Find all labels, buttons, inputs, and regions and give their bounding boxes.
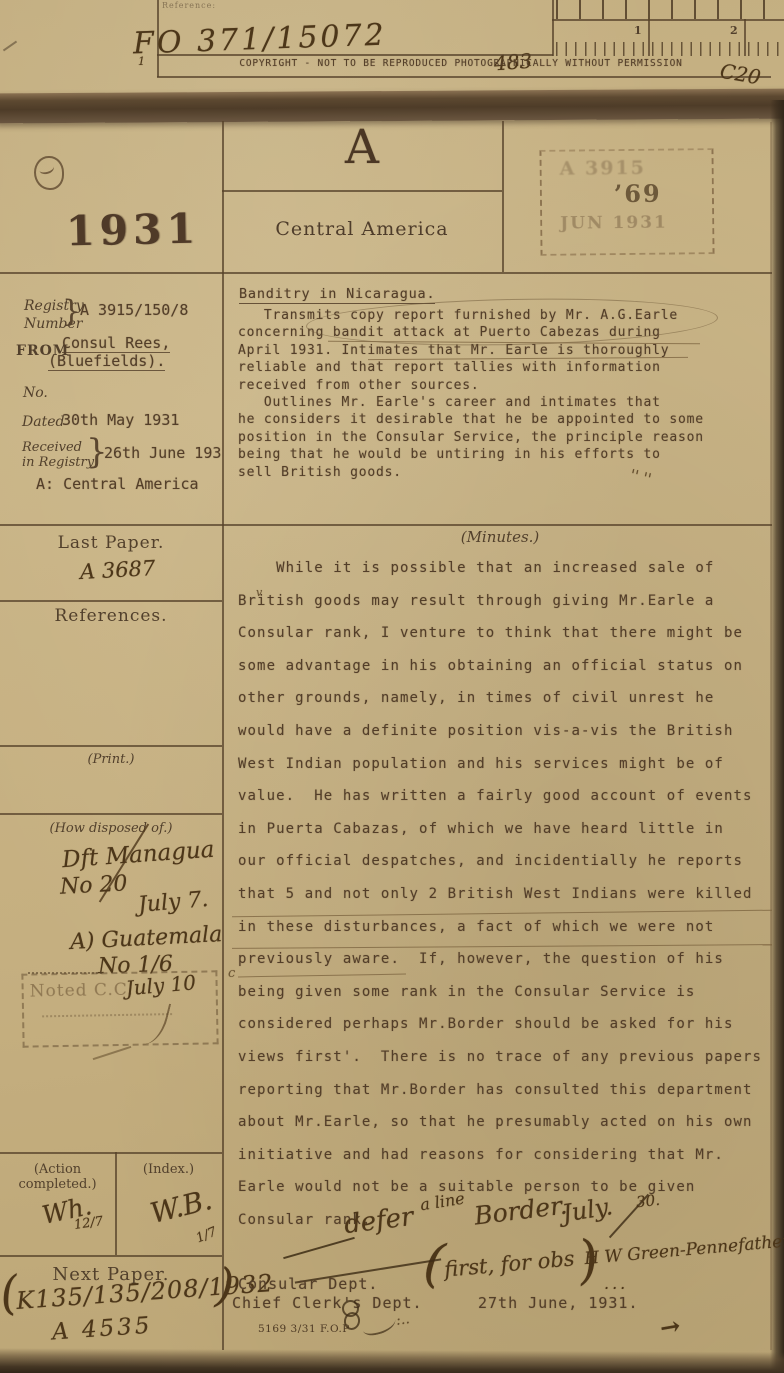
minutes-line: views first'. There is no trace of any p…: [238, 1049, 774, 1082]
minutes-line: about Mr.Earle, so that he presumably ac…: [238, 1114, 774, 1147]
minutes-line: While it is possible that an increased s…: [238, 560, 774, 593]
stamp-number: A 3915: [560, 157, 646, 180]
action-label-1: (Action: [0, 1162, 115, 1177]
series-line: A: Central America: [36, 475, 199, 493]
docket-year: 1931: [58, 204, 209, 255]
summary-line: sell British goods.: [238, 465, 772, 482]
minute-date: 27th June, 1931.: [478, 1294, 639, 1312]
minutes-line: West Indian population and his services …: [238, 756, 774, 789]
disposed-note-draft: Dft Managua: [61, 837, 215, 874]
department-name: Central America: [232, 218, 492, 240]
ruler-fine-ticks: [556, 42, 784, 56]
minutes-line: reporting that Mr.Border has consulted t…: [238, 1082, 774, 1115]
summary-line: Outlines Mr. Earle's career and intimate…: [238, 395, 772, 412]
hw-30: 30.: [635, 1191, 661, 1211]
from-value-line2: (Bluefields).: [48, 352, 165, 371]
noted-stamp-text: Noted C.C.: [30, 980, 134, 1002]
ruler-label-1: 1: [634, 24, 642, 37]
hw-paren-text: first, for obs: [443, 1246, 575, 1281]
minutes-line: in Puerta Cabazas, of which we have hear…: [238, 821, 774, 854]
pencil-check-mark: v: [256, 586, 262, 599]
summary-title: Banditry in Nicaragua.: [239, 286, 435, 304]
faint-scribble: [93, 1046, 132, 1060]
index-label: (Index.): [115, 1162, 222, 1177]
minutes-line: being given some rank in the Consular Se…: [238, 984, 774, 1017]
from-value-line1: Consul Rees,: [62, 334, 170, 353]
ruler-coarse-ticks: [556, 0, 784, 19]
masthead-divider: [502, 121, 504, 272]
noted-stamp-date: July 10: [125, 970, 197, 1000]
margin-tick: 1: [138, 55, 145, 68]
minutes-line: considered perhaps Mr.Border should be a…: [238, 1016, 774, 1049]
masthead-inner-rule: [222, 190, 502, 192]
stamp-69: ’69: [614, 179, 662, 208]
summary-line: reliable and that report tallies with in…: [238, 360, 772, 377]
dated-label: Dated: [22, 414, 64, 430]
masthead-bottom-rule: [0, 272, 772, 274]
index-initials: W.B.: [147, 1183, 215, 1230]
minutes-line: our official despatches, and incidential…: [238, 853, 774, 886]
minutes-line: some advantage in his obtaining an offic…: [238, 658, 774, 691]
registry-brace: }: [62, 294, 81, 329]
minutes-line: Consular rank, I venture to think that t…: [238, 625, 774, 658]
index-date: 1/7: [194, 1225, 219, 1247]
minutes-line: previously aware. If, however, the quest…: [238, 951, 774, 984]
column-divider: [222, 121, 224, 1350]
copyright-notice: COPYRIGHT - NOT TO BE REPRODUCED PHOTOGR…: [170, 58, 752, 69]
ditto-marks: '' '': [628, 466, 653, 489]
ink-doodle-marks: :..: [395, 1311, 411, 1329]
references-label: References.: [0, 606, 222, 626]
summary-line: position in the Consular Service, the pr…: [238, 430, 772, 447]
disposed-note-guatemala: A) Guatemala: [69, 922, 222, 955]
summary-line: received from other sources.: [238, 378, 772, 395]
hw-dots: ...: [604, 1274, 628, 1293]
series-letter: A: [222, 120, 502, 175]
minutes-line: value. He has written a fairly good acco…: [238, 788, 774, 821]
hw-arrow: →: [658, 1310, 683, 1342]
pencil-circle-mark: [34, 156, 64, 190]
received-value: 26th June 193: [104, 444, 222, 462]
reference-label: Reference:: [162, 1, 216, 10]
print-label: (Print.): [0, 752, 222, 767]
registry-date-stamp: A 3915 ’69 JUN 1931: [539, 148, 714, 256]
disposed-note-no: No 20: [59, 871, 128, 899]
next-paper-value2: A 4535: [51, 1313, 153, 1346]
disposed-label: (How disposed of.): [0, 821, 222, 836]
corner-mark-handwritten: C20: [718, 59, 762, 90]
minutes-line: initiative and had reasons for consideri…: [238, 1147, 774, 1180]
page-gap-shadow-band: [0, 89, 784, 124]
summary-line: being that he would be untiring in his e…: [238, 447, 772, 464]
ink-doodle-curve: [360, 1312, 397, 1338]
ruler-label-2: 2: [730, 24, 738, 37]
archival-docket-scan: Reference: FO 371/15072 483 1 2 COPYRIGH…: [0, 0, 784, 1373]
dept-line-chief-clerk: Chief Clerk's Dept.: [232, 1294, 423, 1312]
stamp-date: JUN 1931: [560, 213, 668, 234]
no-label: No.: [23, 385, 48, 401]
received-label-2: in Registry: [22, 455, 94, 470]
last-paper-label: Last Paper.: [0, 533, 222, 553]
minutes-line: other grounds, namely, in times of civil…: [238, 690, 774, 723]
minutes-text: While it is possible that an increased s…: [238, 560, 774, 1244]
registry-number-value: A 3915/150/8: [80, 301, 188, 319]
received-label-1: Received: [22, 440, 82, 455]
minutes-line: British goods may result through giving …: [238, 593, 774, 626]
action-label-2: completed.): [0, 1177, 115, 1192]
registry-bottom-rule: [0, 524, 772, 526]
summary-line: he considers it desirable that he be app…: [238, 412, 772, 429]
edge-scuff: [3, 41, 17, 52]
action-date: 12/7: [73, 1214, 104, 1233]
last-paper-value: A 3687: [79, 556, 155, 584]
minutes-heading: (Minutes.): [400, 528, 600, 546]
dept-line-consular: Consular Dept.: [238, 1275, 378, 1293]
noted-stamp-box: Noted C.C. July 10: [21, 970, 218, 1047]
dated-value: 30th May 1931: [62, 411, 179, 429]
disposed-note-date: July 7.: [137, 887, 209, 918]
pencil-curl: c: [228, 966, 235, 981]
form-imprint: 5169 3/31 F.O.P: [258, 1323, 350, 1335]
page-bottom-edge: [0, 1348, 784, 1373]
minutes-line: would have a definite position vis-a-vis…: [238, 723, 774, 756]
